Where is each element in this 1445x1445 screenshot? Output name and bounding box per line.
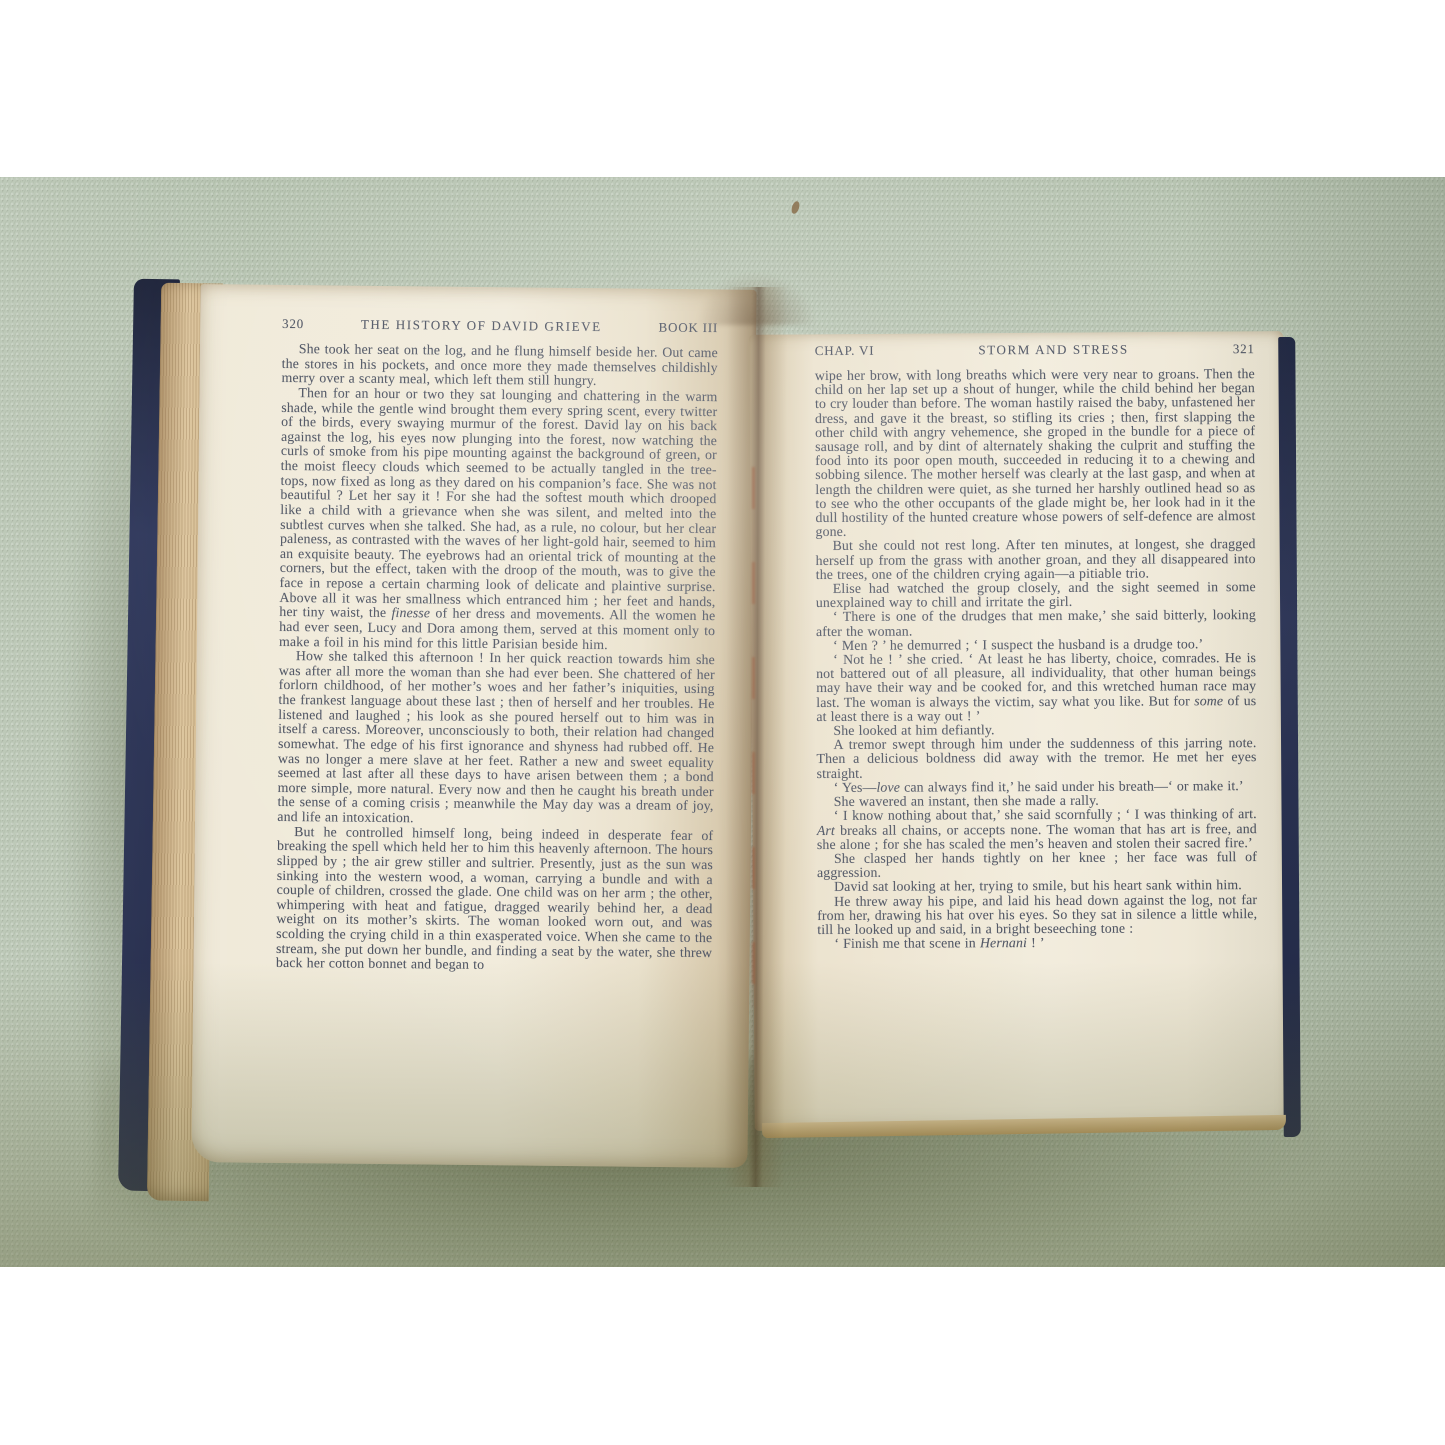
paragraph: But she could not rest long. After ten m… [816,537,1256,582]
paragraph: Then for an hour or two they sat loungin… [279,386,718,653]
book-gutter-binding [752,467,755,1007]
paragraph: He threw away his pipe, and laid his hea… [817,893,1257,938]
paragraph: wipe her brow, with long breaths which w… [815,367,1256,539]
paragraph: She took her seat on the log, and he flu… [281,342,717,390]
paragraph: ‘ Not he ! ’ she cried. ‘ At least he ha… [816,651,1256,724]
left-page-text: 320 THE HISTORY OF DAVID GRIEVE BOOK III… [276,316,718,975]
paragraph: ‘ I know nothing about that,’ she said s… [817,807,1257,852]
right-page-body: wipe her brow, with long breaths which w… [815,367,1258,951]
spine-top-shadow [698,273,814,325]
left-page-body: She took her seat on the log, and he flu… [276,342,718,975]
left-page-number: 320 [282,316,304,332]
right-page-number: 321 [1233,341,1255,357]
paragraph: But he controlled himself long, being in… [276,825,713,975]
paragraph: A tremor swept through him under the sud… [816,736,1256,781]
paragraph: ‘ Finish me that scene in Hernani ! ’ [817,935,1257,951]
fabric-fleck [790,200,801,215]
left-running-header: 320 THE HISTORY OF DAVID GRIEVE BOOK III [282,316,718,336]
left-running-title: THE HISTORY OF DAVID GRIEVE [304,316,659,335]
paragraph: She clasped her hands tightly on her kne… [817,850,1257,880]
right-chapter-label: CHAP. VI [815,343,875,359]
book-gutter-shadow [724,287,787,1187]
left-book-label: BOOK III [658,320,718,337]
paragraph: Elise had watched the group closely, and… [816,580,1256,610]
paragraph: ‘ There is one of the drudges that men m… [816,608,1256,638]
photo-of-open-book: 320 THE HISTORY OF DAVID GRIEVE BOOK III… [0,177,1445,1267]
right-running-header: CHAP. VI STORM AND STRESS 321 [815,341,1255,359]
right-running-title: STORM AND STRESS [874,341,1233,359]
right-page-text: CHAP. VI STORM AND STRESS 321 wipe her b… [815,341,1258,951]
paragraph: How she talked this afternoon ! In her q… [277,649,715,829]
